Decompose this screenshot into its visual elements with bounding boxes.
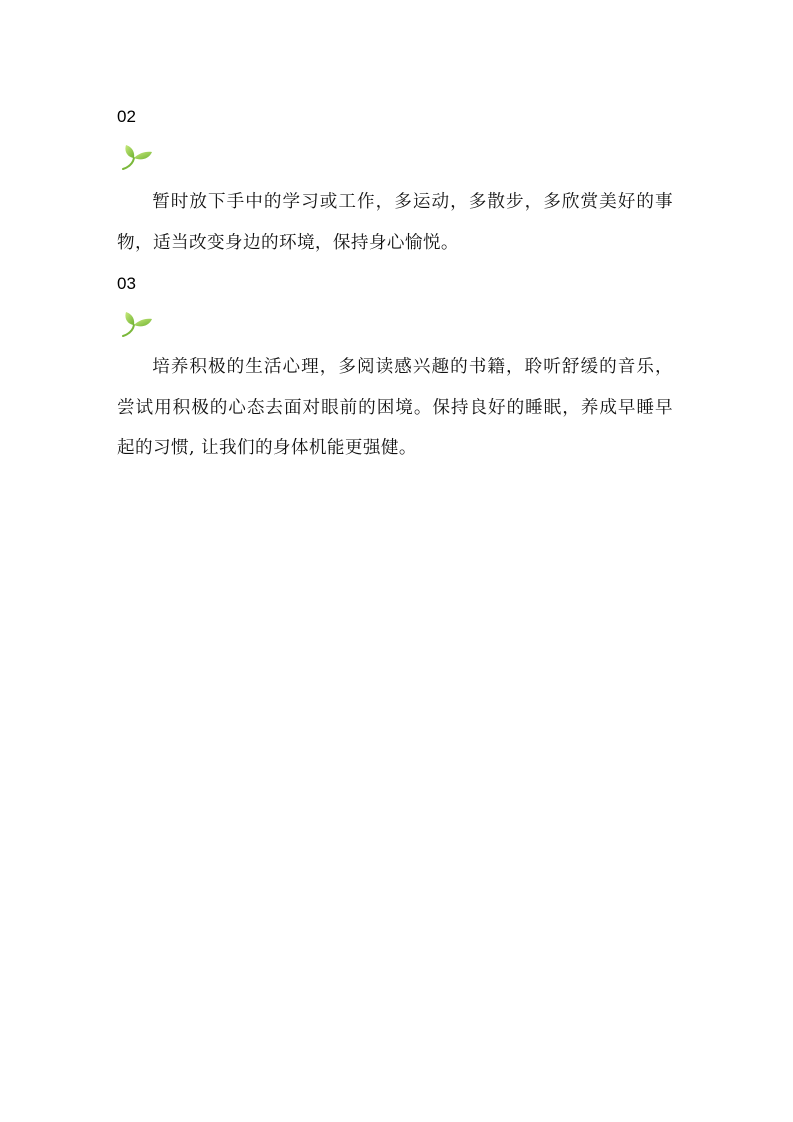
section-number-02: 02 <box>117 107 136 127</box>
section-number-03: 03 <box>117 274 136 294</box>
sprout-icon <box>119 310 153 338</box>
sprout-icon <box>119 143 153 171</box>
section-paragraph-02: 暂时放下手中的学习或工作，多运动，多散步，多欣赏美好的事物，适当改变身边的环境，… <box>117 182 673 263</box>
section-paragraph-03: 培养积极的生活心理，多阅读感兴趣的书籍，聆听舒缓的音乐，尝试用积极的心态去面对眼… <box>117 347 673 469</box>
